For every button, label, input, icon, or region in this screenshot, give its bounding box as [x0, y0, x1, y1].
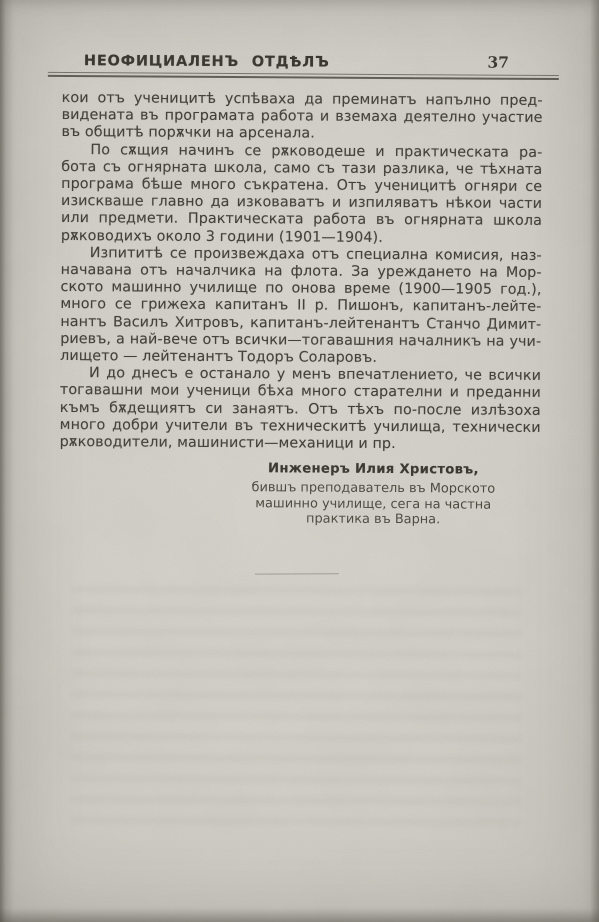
- scan-left-edge-shadow: [0, 0, 14, 922]
- end-of-article-divider: [255, 574, 339, 575]
- page-number: 37: [487, 53, 509, 72]
- page-content: НЕОФИЦИАЛЕНЪ ОТДѢЛЪ 37 кои отъ ученицитѣ…: [59, 50, 543, 576]
- signature-role-line: машинно училище, сега на частна: [228, 496, 518, 513]
- running-header: НЕОФИЦИАЛЕНЪ ОТДѢЛЪ 37: [62, 50, 543, 72]
- scan-bottom-edge-shadow: [0, 908, 599, 922]
- running-header-title: НЕОФИЦИАЛЕНЪ ОТДѢЛЪ: [84, 53, 330, 71]
- signature-block: Инженеръ Илия Христовъ, бившъ преподават…: [228, 461, 518, 528]
- page-showthrough-ghost: [71, 587, 521, 837]
- signature-role: бившъ преподаватель въ Морското машинно …: [228, 480, 518, 528]
- scan-right-edge-shadow: [590, 0, 599, 922]
- signature-role-line: практика въ Варна.: [228, 511, 518, 528]
- signature-role-line: бившъ преподаватель въ Морското: [228, 480, 518, 497]
- text-line: рѫководители, машинисти—механици и пр.: [60, 434, 541, 454]
- body-text: кои отъ ученицитѣ успѣваха да преминатъ …: [60, 90, 543, 454]
- signature-name: Инженеръ Илия Христовъ,: [228, 461, 518, 478]
- header-rule: [48, 72, 559, 80]
- scanned-page: НЕОФИЦИАЛЕНЪ ОТДѢЛЪ 37 кои отъ ученицитѣ…: [0, 0, 599, 922]
